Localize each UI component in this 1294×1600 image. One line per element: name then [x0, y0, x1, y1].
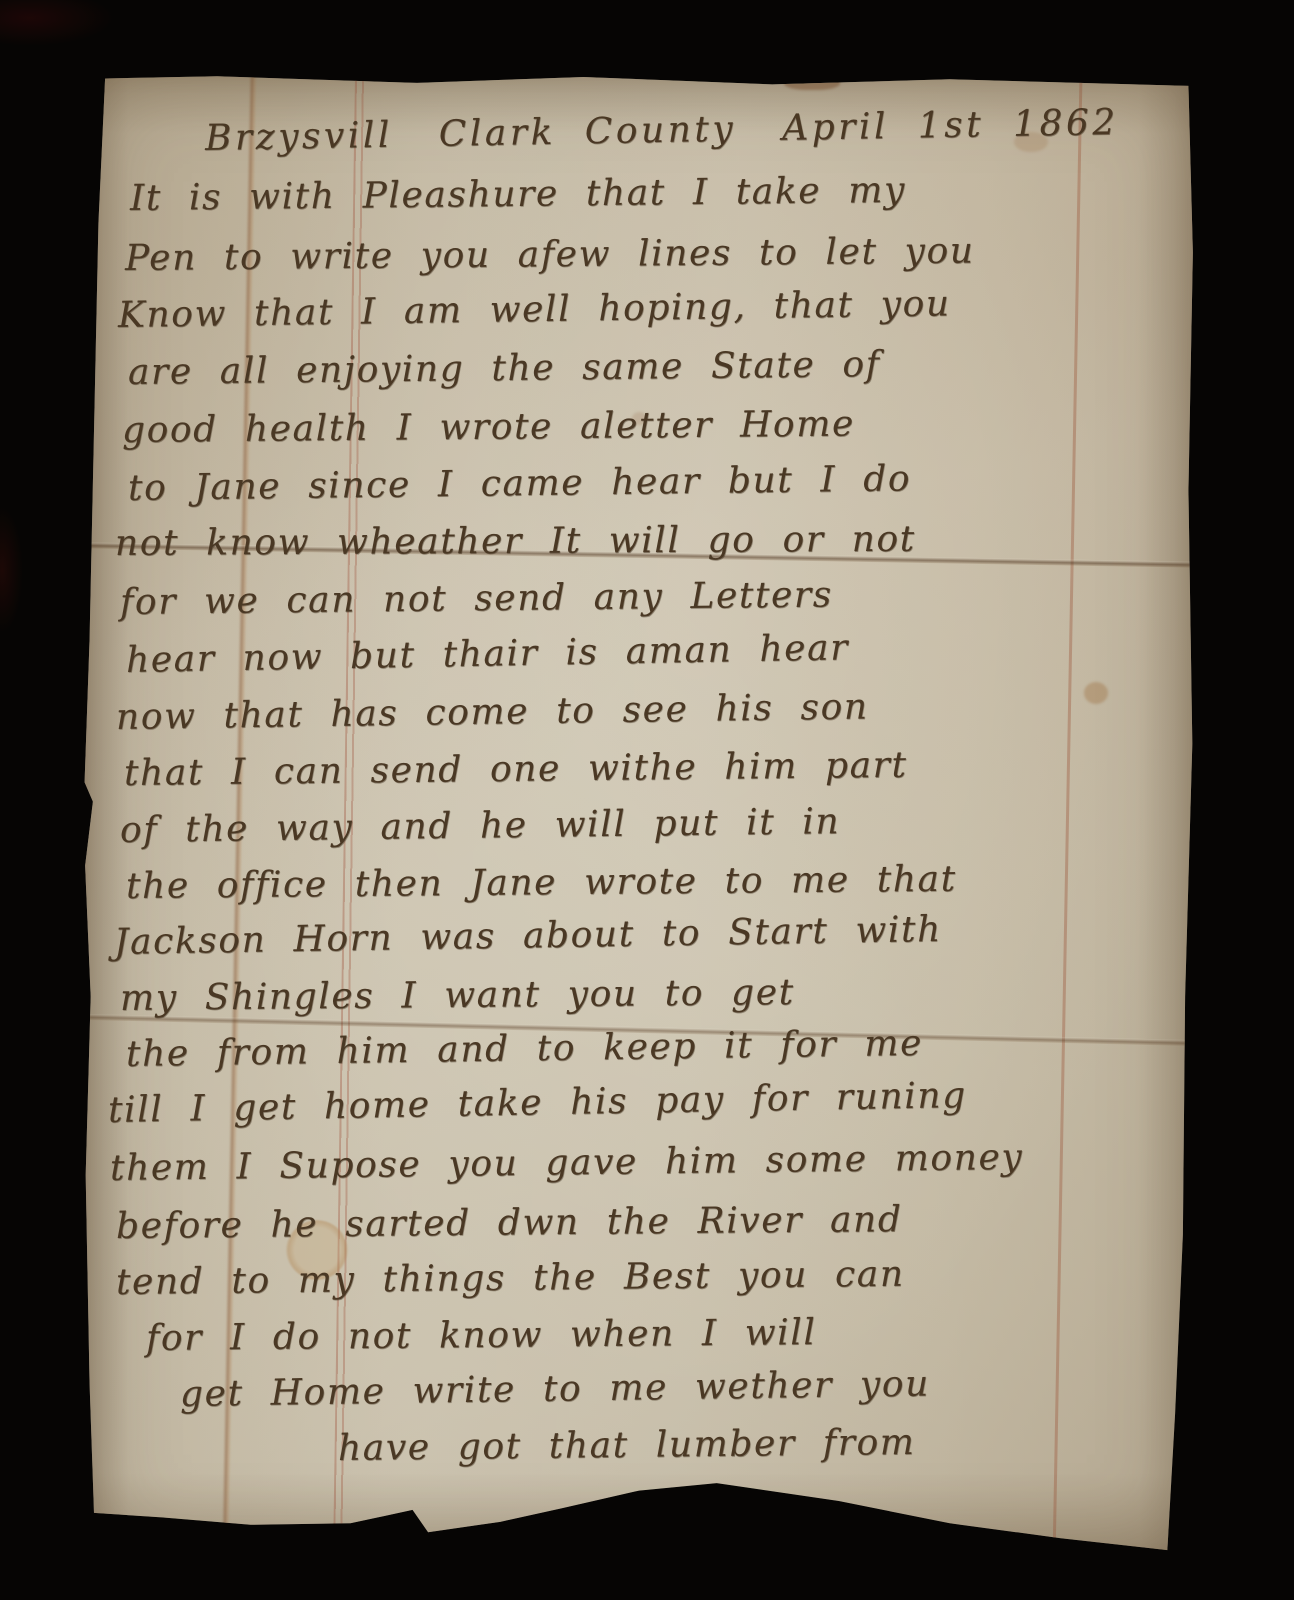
letter-line: the office then Jane wrote to me that — [126, 859, 957, 907]
letter-line: good health I wrote aletter Home — [122, 404, 855, 451]
letter-text: BrzysvillClark CountyApril 1st 1862 It i… — [84, 74, 1194, 1562]
letter-county: Clark County — [438, 109, 736, 155]
letter-line: get Home write to me wether you — [180, 1364, 930, 1415]
letter-line: before he sarted dwn the River and — [116, 1199, 903, 1247]
letter-heading: BrzysvillClark CountyApril 1st 1862 — [205, 102, 1119, 159]
letter-line: that I can send one withe him part — [124, 745, 908, 794]
letter-line: are all enjoying the same State of — [128, 344, 881, 393]
letter-line: Know that I am well hoping, that you — [118, 283, 951, 336]
letter-line: Pen to write you afew lines to let you — [125, 231, 975, 279]
letter-line: have got that lumber from — [338, 1422, 916, 1469]
letter-place: Brzysvill — [205, 115, 394, 159]
letter-line: now that has come to see his son — [116, 686, 869, 738]
letter-line: to Jane since I came hear but I do — [128, 458, 912, 509]
letter-line: for I do not know when I will — [146, 1312, 817, 1359]
letter-line: for we can not send any Letters — [120, 575, 833, 623]
letter-line: tend to my things the Best you can — [116, 1254, 905, 1303]
letter-date: April 1st 1862 — [782, 102, 1119, 149]
letter-line: the from him and to keep it for me — [126, 1023, 924, 1075]
letter-line: them I Supose you gave him some money — [110, 1137, 1024, 1189]
letter-line: Jackson Horn was about to Start with — [114, 909, 942, 963]
letter-line: of the way and he will put it in — [120, 801, 841, 851]
letter-line: hear now but thair is aman hear — [126, 627, 850, 681]
letter-line: It is with Pleashure that I take my — [130, 170, 906, 219]
letter-page: BrzysvillClark CountyApril 1st 1862 It i… — [84, 74, 1194, 1562]
letter-line: not know wheather It will go or not — [115, 519, 916, 564]
photo-background: BrzysvillClark CountyApril 1st 1862 It i… — [0, 0, 1294, 1600]
letter-line: my Shingles I want you to get — [120, 972, 795, 1019]
letter-line: till I get home take his pay for runing — [108, 1075, 967, 1131]
